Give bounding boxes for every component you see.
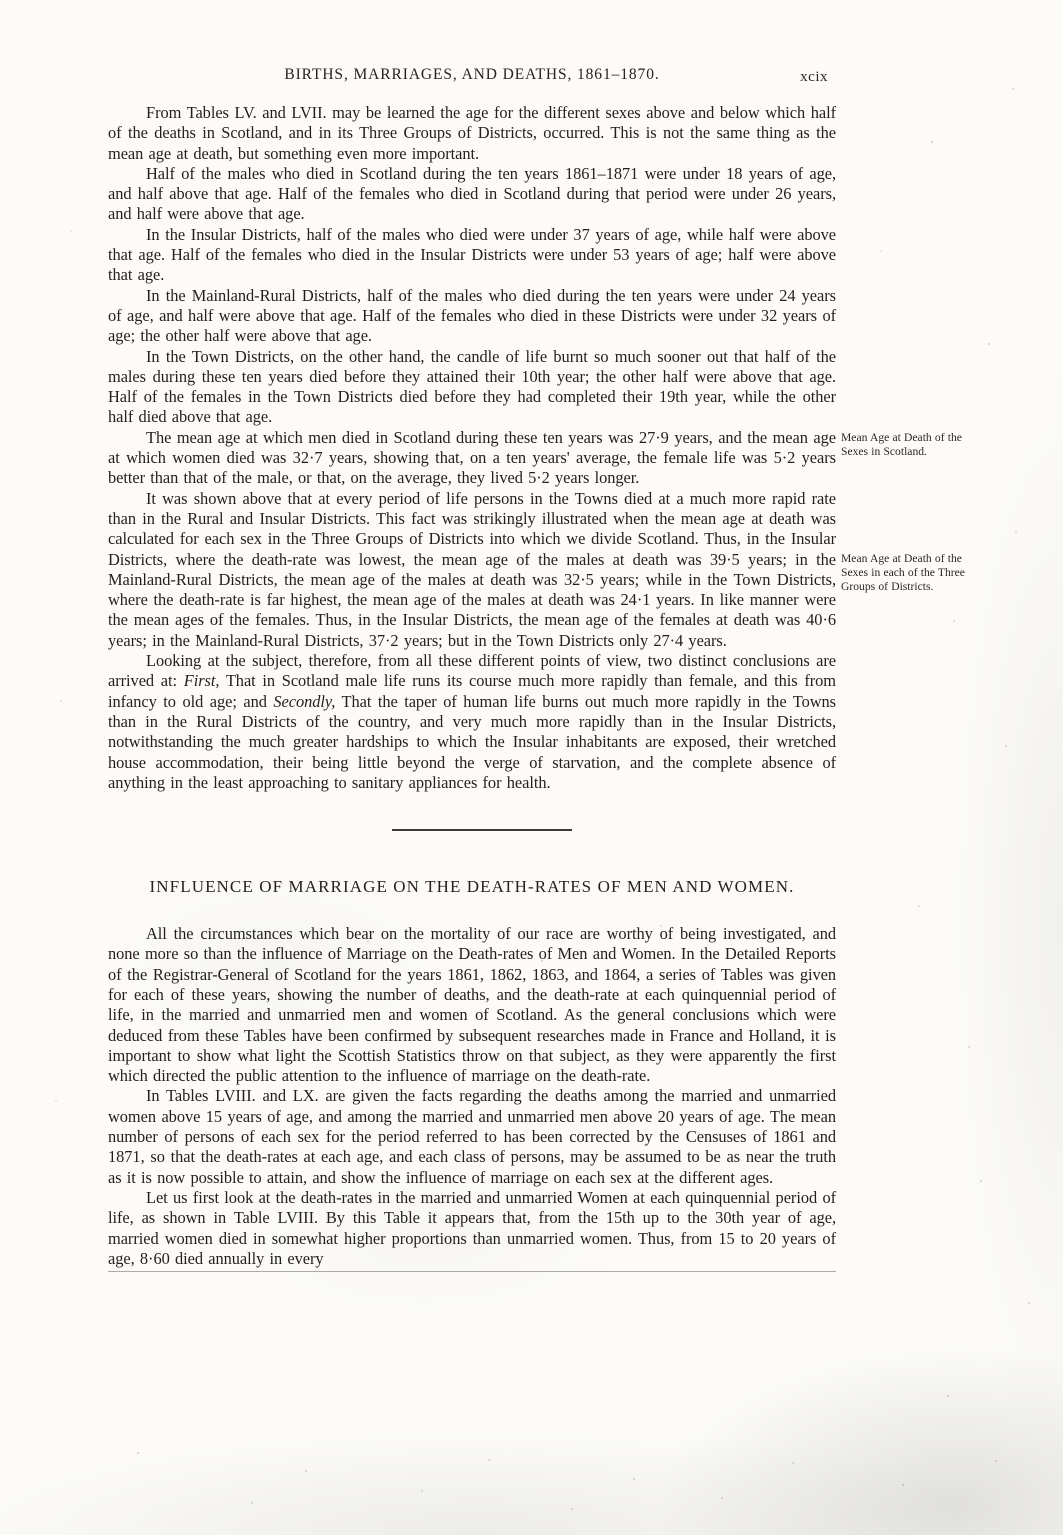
italic-text-run: Secondly, — [273, 692, 335, 711]
paragraph: In the Insular Districts, half of the ma… — [108, 225, 836, 286]
section-divider-rule — [392, 829, 572, 831]
section-marriage-death-rates: All the circumstances which bear on the … — [108, 924, 836, 1269]
paragraph: Let us first look at the death-rates in … — [108, 1188, 836, 1269]
text-run: From Tables LV. and LVII. may be learned… — [108, 103, 836, 163]
scan-speckles — [0, 0, 2, 2]
paragraph: From Tables LV. and LVII. may be learned… — [108, 103, 836, 164]
text-run: In Tables LVIII. and LX. are given the f… — [108, 1086, 836, 1186]
scan-artifact-line — [108, 1271, 836, 1272]
paragraph: It was shown above that at every period … — [108, 489, 836, 651]
text-run: In the Insular Districts, half of the ma… — [108, 225, 836, 285]
text-run: It was shown above that at every period … — [108, 489, 836, 650]
section-heading-marriage-influence: INFLUENCE OF MARRIAGE ON THE DEATH-RATES… — [108, 877, 836, 897]
text-run: In the Town Districts, on the other hand… — [108, 347, 836, 427]
paragraph: Looking at the subject, therefore, from … — [108, 651, 836, 793]
section-mean-age-at-death: From Tables LV. and LVII. may be learned… — [108, 103, 836, 793]
page-header-title: BIRTHS, MARRIAGES, AND DEATHS, 1861–1870… — [108, 66, 836, 84]
paragraph: All the circumstances which bear on the … — [108, 924, 836, 1086]
running-header: BIRTHS, MARRIAGES, AND DEATHS, 1861–1870… — [108, 66, 836, 88]
paragraph: The mean age at which men died in Scotla… — [108, 428, 836, 489]
paragraph: In Tables LVIII. and LX. are given the f… — [108, 1086, 836, 1187]
margin-note-mean-age-scotland: Mean Age at Death of the Sexes in Scotla… — [841, 431, 967, 459]
margin-note-mean-age-three-groups: Mean Age at Death of the Sexes in each o… — [841, 552, 967, 594]
paragraph: In the Town Districts, on the other hand… — [108, 347, 836, 428]
text-run: In the Mainland-Rural Districts, half of… — [108, 286, 836, 346]
text-run: Half of the males who died in Scotland d… — [108, 164, 836, 224]
text-run: Let us first look at the death-rates in … — [108, 1188, 836, 1268]
text-run: The mean age at which men died in Scotla… — [108, 428, 836, 488]
italic-text-run: First, — [184, 671, 220, 690]
text-column: From Tables LV. and LVII. may be learned… — [108, 103, 836, 1272]
text-run: All the circumstances which bear on the … — [108, 924, 836, 1085]
paragraph: In the Mainland-Rural Districts, half of… — [108, 286, 836, 347]
document-page: BIRTHS, MARRIAGES, AND DEATHS, 1861–1870… — [0, 0, 1063, 1535]
page-number: xcix — [800, 69, 828, 86]
paragraph: Half of the males who died in Scotland d… — [108, 164, 836, 225]
